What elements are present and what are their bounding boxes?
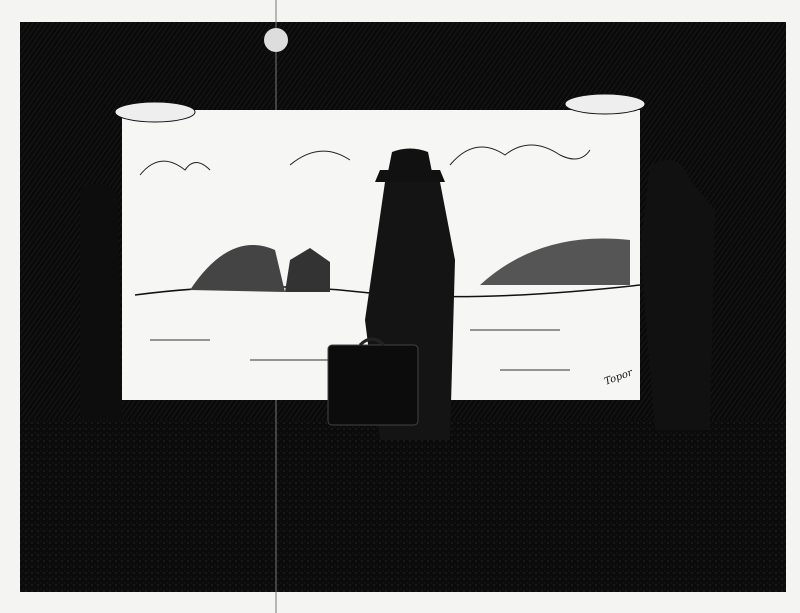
ink-drawing [0, 0, 800, 613]
illustration: Topor [0, 0, 800, 613]
left-figure [80, 184, 122, 420]
suitcase [328, 345, 418, 425]
